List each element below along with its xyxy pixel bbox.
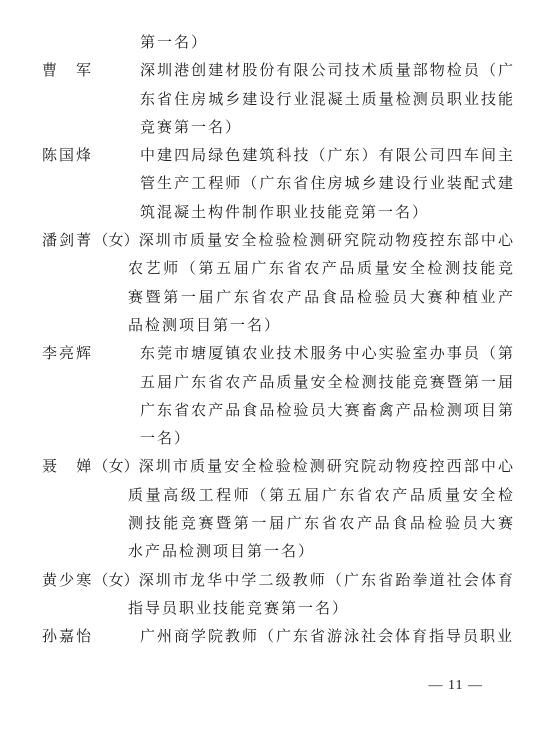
page-number: — 11 — <box>429 678 483 694</box>
document-page: 第一名） 曹 军深圳港创建材股份有限公司技术质量部物检员（广东省住房城乡建设行业… <box>0 0 553 743</box>
entry-row: 孙嘉怡广州商学院教师（广东省游泳社会体育指导员职业 <box>42 623 515 651</box>
entry-row: 陈国烽中建四局绿色建筑科技（广东）有限公司四车间主管生产工程师（广东省住房城乡建… <box>42 142 515 227</box>
entry-gender-note: （女） <box>93 233 138 249</box>
entry-name: 黄少寒 <box>42 573 93 589</box>
entry-description: 深圳港创建材股份有限公司技术质量部物检员（广东省住房城乡建设行业混凝土质量检测员… <box>140 63 515 136</box>
entry-description: 深圳市质量安全检验检测研究院动物疫控西部中心质量高级工程师（第五届广东省农产品质… <box>128 459 515 560</box>
entry-row: 黄少寒（女）深圳市龙华中学二级教师（广东省跆拳道社会体育指导员职业技能竞赛第一名… <box>42 567 515 624</box>
entry-row: 潘剑菁（女）深圳市质量安全检验检测研究院动物疫控东部中心农艺师（第五届广东省农产… <box>42 227 515 340</box>
continuation-line: 第一名） <box>42 29 515 57</box>
entry-description: 深圳市质量安全检验检测研究院动物疫控东部中心农艺师（第五届广东省农产品质量安全检… <box>128 233 515 334</box>
entry-row: 李亮辉东莞市塘厦镇农业技术服务中心实验室办事员（第五届广东省农产品质量安全检测技… <box>42 340 515 453</box>
entry-description: 中建四局绿色建筑科技（广东）有限公司四车间主管生产工程师（广东省住房城乡建设行业… <box>140 148 515 221</box>
entry-gender-note: （女） <box>93 573 138 589</box>
entry-row: 曹 军深圳港创建材股份有限公司技术质量部物检员（广东省住房城乡建设行业混凝土质量… <box>42 57 515 142</box>
entry-name: 陈国烽 <box>42 142 140 170</box>
document-content: 第一名） 曹 军深圳港创建材股份有限公司技术质量部物检员（广东省住房城乡建设行业… <box>42 29 515 652</box>
entry-description: 广州商学院教师（广东省游泳社会体育指导员职业 <box>140 629 514 645</box>
entry-gender-note: （女） <box>93 459 138 475</box>
entry-description: 东莞市塘厦镇农业技术服务中心实验室办事员（第五届广东省农产品质量安全检测技能竞赛… <box>140 346 515 447</box>
entry-row: 聂 婵（女）深圳市质量安全检验检测研究院动物疫控西部中心质量高级工程师（第五届广… <box>42 453 515 566</box>
entry-description: 深圳市龙华中学二级教师（广东省跆拳道社会体育指导员职业技能竞赛第一名） <box>128 573 515 617</box>
entry-list: 曹 军深圳港创建材股份有限公司技术质量部物检员（广东省住房城乡建设行业混凝土质量… <box>42 57 515 651</box>
entry-name: 曹 军 <box>42 57 140 85</box>
entry-name: 聂 婵 <box>42 459 93 475</box>
entry-name: 潘剑菁 <box>42 233 93 249</box>
entry-name: 李亮辉 <box>42 340 140 368</box>
entry-name: 孙嘉怡 <box>42 623 140 651</box>
